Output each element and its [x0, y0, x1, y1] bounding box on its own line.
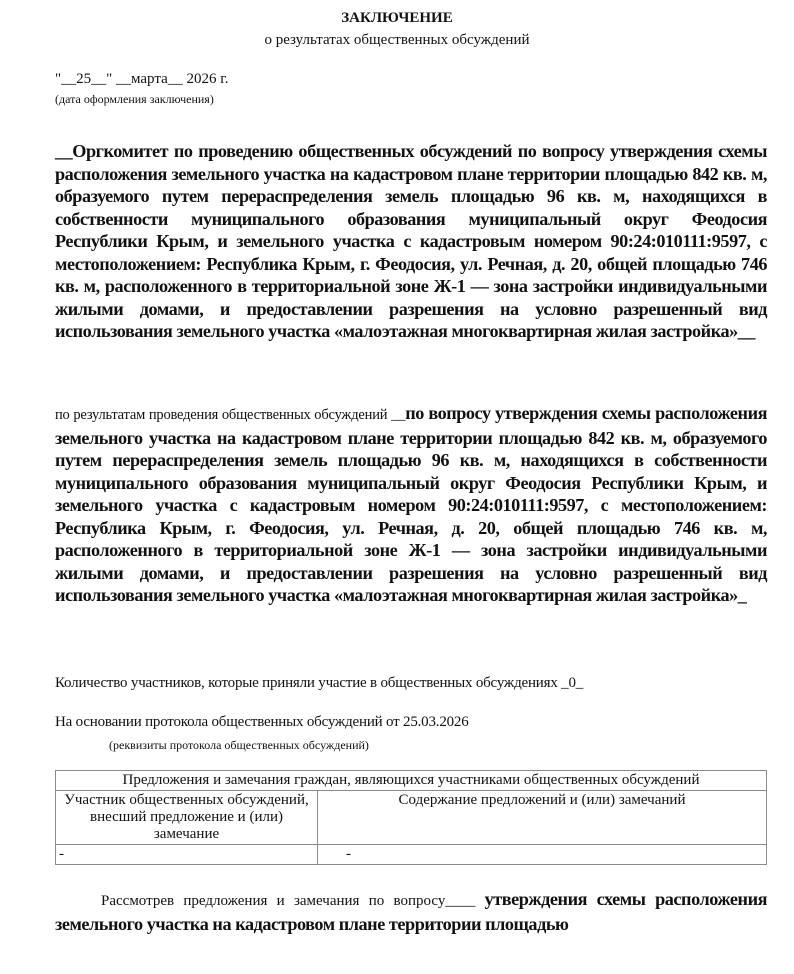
participants-count-line: Количество участников, которые приняли у…	[55, 675, 583, 692]
conclusion-date-caption: (дата оформления заключения)	[55, 92, 214, 107]
column-header-content: Содержание предложений и (или) замечаний	[318, 791, 767, 845]
document-title: ЗАКЛЮЧЕНИЕ	[0, 10, 794, 27]
protocol-caption: (реквизиты протокола общественных обсужд…	[109, 738, 369, 753]
table-row: - -	[56, 845, 767, 865]
conclusion-date: "__25__" __марта__ 2026 г.	[55, 71, 228, 88]
table-header-row: Предложения и замечания граждан, являющи…	[56, 771, 767, 791]
table-header: Предложения и замечания граждан, являющи…	[56, 771, 767, 791]
considered-paragraph: Рассмотрев предложения и замечания по во…	[55, 888, 767, 935]
document-page: ЗАКЛЮЧЕНИЕ о результатах общественных об…	[0, 0, 794, 974]
results-paragraph: по результатам проведения общественных о…	[55, 402, 767, 607]
considered-paragraph-lead: Рассмотрев предложения и замечания по во…	[55, 893, 485, 909]
column-header-participant: Участник общественных обсуждений, внесши…	[56, 791, 318, 845]
protocol-line: На основании протокола общественных обсу…	[55, 714, 469, 731]
table-cell-content: -	[318, 845, 767, 865]
results-paragraph-lead: по результатам проведения общественных о…	[55, 407, 405, 423]
remarks-table: Предложения и замечания граждан, являющи…	[55, 770, 767, 865]
table-cell-participant: -	[56, 845, 318, 865]
table-column-headers: Участник общественных обсуждений, внесши…	[56, 791, 767, 845]
organizer-paragraph: __Оргкомитет по проведению общественных …	[55, 140, 767, 343]
results-paragraph-subject: по вопросу утверждения схемы расположени…	[55, 403, 767, 605]
document-subtitle: о результатах общественных обсуждений	[0, 32, 794, 49]
